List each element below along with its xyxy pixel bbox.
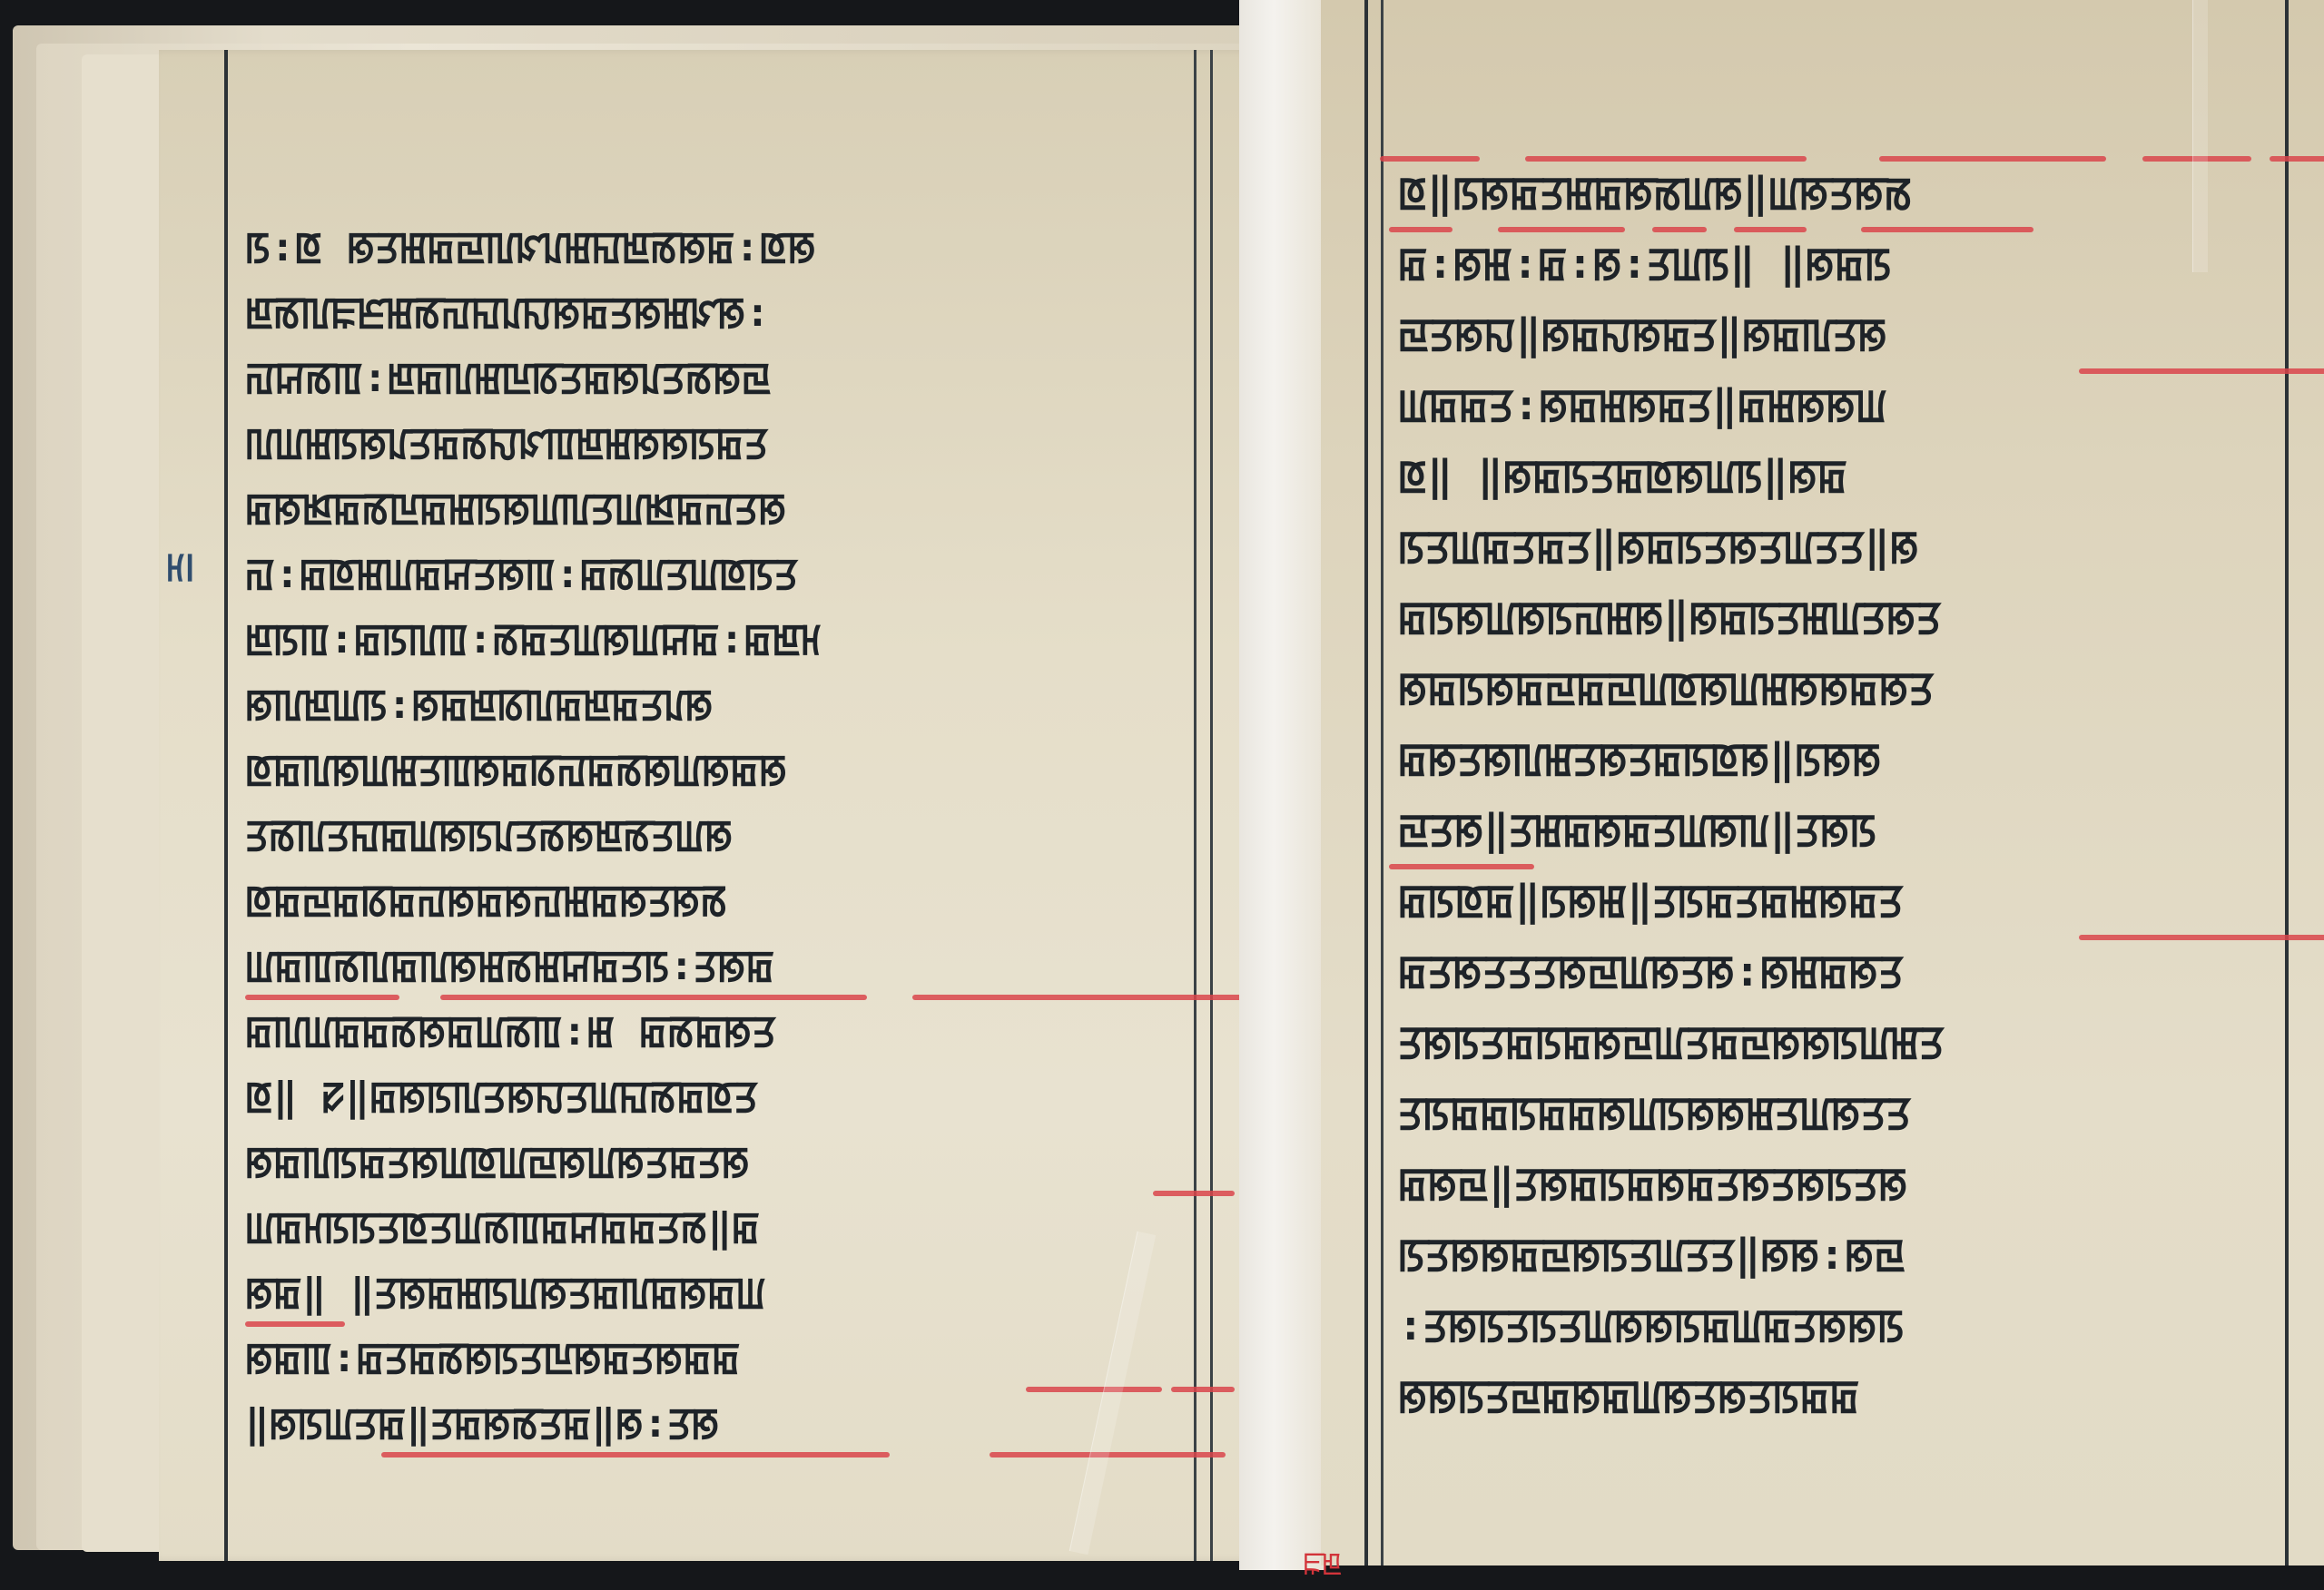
manuscript-line: ꡔ‖ꡑꡐꡂꡗꡅꡂꡐꡏꡆꡐ‖ꡆꡐꡗꡐꡏ: [1398, 163, 1913, 220]
margin-mark: ꡘ꡶: [166, 540, 194, 590]
red-underline: [381, 1452, 890, 1457]
manuscript-line: ꡆꡂꡘꡑꡑꡗꡔꡗꡆꡏꡄꡂꡒꡂꡂꡗꡏ‖ꡂ: [245, 1198, 760, 1252]
margin-rule: [224, 50, 228, 1561]
red-underline: [912, 995, 1275, 1000]
manuscript-line: ꡔꡂꡃꡐꡆꡅꡗꡄꡐꡂꡋꡌꡂꡏꡐꡆꡐꡂꡐ: [245, 741, 787, 795]
manuscript-line: ꡂꡗꡐꡗꡗꡗꡐꡙꡆꡐꡗꡐ:ꡐꡅꡂꡐꡗ: [1398, 942, 1904, 998]
manuscript-line: ꡔ‖ ‖ꡐꡂꡑꡗꡂꡔꡐꡆꡑ‖ꡐꡂ: [1398, 447, 1847, 503]
manuscript-line: ꡂꡑꡐꡆꡐꡑꡌꡅꡐ‖ꡐꡂꡑꡗꡅꡆꡗꡐꡗ: [1398, 588, 1941, 644]
red-underline: [1389, 227, 1452, 232]
manuscript-line: ꡌ:ꡂꡔꡅꡆꡂꡒꡗꡐꡄ:ꡂꡏꡆꡗꡆꡔꡑꡗ: [245, 545, 798, 599]
manuscript-line: ꡌꡒꡏꡄ:ꡁꡂꡃꡅꡖꡋꡗꡂꡐꡊꡗꡏꡐꡙ: [245, 348, 772, 403]
red-underline: [245, 1321, 345, 1327]
manuscript-line: ꡔꡂꡙꡂꡋꡂꡌꡐꡂꡐꡌꡅꡂꡐꡗꡐꡏ: [245, 871, 727, 926]
red-underline: [2079, 368, 2324, 374]
red-underline: [440, 995, 867, 1000]
left-page: ꡘ꡶ ꡑ:ꡔ ꡐꡗꡅꡂꡙꡃꡜꡊꡅꡎꡁꡏꡐꡂ:ꡔꡐꡁꡏꡃꡀꡈꡅꡏꡌꡎꡊꡍꡐꡂꡗꡐꡅ…: [159, 50, 1275, 1561]
manuscript-line: ꡁꡑꡄ:ꡂꡑꡃꡄ:ꡏꡂꡗꡆꡐꡆꡒꡂ:ꡂꡁꡘ: [245, 610, 822, 664]
manuscript-line: ꡆꡂꡂꡗ:ꡐꡂꡅꡐꡂꡗ‖ꡂꡅꡐꡐꡆ: [1398, 376, 1887, 432]
margin-rule: [1364, 0, 1368, 1565]
manuscript-line: ꡐꡂ‖ ‖ꡗꡐꡂꡅꡑꡆꡐꡗꡂꡃꡂꡐꡂꡆ: [245, 1263, 766, 1318]
manuscript-line: ꡐꡃꡁꡆꡑ:ꡐꡂꡁꡋꡃꡂꡁꡂꡗꡊꡐ: [245, 675, 714, 730]
manuscript-line: ꡐꡂꡃꡑꡂꡗꡐꡆꡔꡆꡙꡐꡆꡐꡗꡂꡗꡐ: [245, 1133, 750, 1187]
red-underline: [1498, 227, 1625, 232]
manuscript-line: ꡂꡃꡆꡂꡂꡏꡐꡂꡆꡏꡄ:ꡅ ꡂꡏꡂꡐꡗ: [245, 1002, 776, 1056]
manuscript-line: :ꡗꡐꡑꡗꡑꡗꡆꡐꡐꡑꡂꡆꡂꡗꡐꡐꡑ: [1398, 1296, 1905, 1352]
folio-number: ꡀꡁ: [1303, 1543, 1343, 1582]
red-underline: [245, 995, 399, 1000]
manuscript-line: ꡑꡗꡆꡂꡗꡂꡗ‖ꡐꡂꡑꡗꡐꡗꡆꡗꡗ‖ꡐ: [1398, 517, 1919, 574]
red-underline: [2270, 156, 2324, 162]
right-text-block: ꡔ‖ꡑꡐꡂꡗꡅꡂꡐꡏꡆꡐ‖ꡆꡐꡗꡐꡏꡂ:ꡐꡅ:ꡂ:ꡐ:ꡗꡆꡑ‖ ‖ꡐꡂꡑꡙꡗꡐꡍ…: [1398, 163, 2288, 1452]
book-gutter: [1239, 0, 1325, 1570]
right-page: ꡀꡁ ꡔ‖ꡑꡐꡂꡗꡅꡂꡐꡏꡆꡐ‖ꡆꡐꡗꡐꡏꡂ:ꡐꡅ:ꡂ:ꡐ:ꡗꡆꡑ‖ ‖ꡐꡂꡑꡙ…: [1321, 0, 2324, 1565]
red-underline: [1171, 1387, 1235, 1392]
manuscript-line: ꡙꡗꡐꡍ‖ꡐꡂꡍꡐꡂꡗ‖ꡐꡂꡃꡗꡐ: [1398, 305, 1887, 361]
red-underline: [1389, 864, 1534, 869]
manuscript-line: ꡐꡂꡄ:ꡂꡗꡂꡏꡐꡑꡗꡖꡐꡂꡗꡐꡂꡂ: [245, 1329, 741, 1383]
margin-rule: [1381, 0, 1384, 1565]
red-underline: [1525, 156, 1807, 162]
manuscript-line: ꡐꡂꡑꡐꡂꡙꡂꡙꡆꡔꡐꡆꡅꡐꡐꡂꡐꡗ: [1398, 659, 1934, 715]
manuscript-line: ‖ꡐꡑꡆꡗꡂ‖ꡗꡂꡐꡏꡗꡂ‖ꡐ:ꡗꡐ: [245, 1394, 719, 1448]
red-underline: [1153, 1191, 1235, 1196]
manuscript-line: ꡂꡐꡗꡐꡃꡅꡗꡐꡗꡂꡑꡔꡐ‖ꡑꡐꡐ: [1398, 730, 1881, 786]
red-underline: [1380, 156, 1480, 162]
manuscript-line: ꡗꡏꡃꡗꡎꡂꡆꡐꡑꡊꡗꡏꡐꡁꡏꡗꡆꡐ: [245, 806, 733, 860]
red-underline: [1734, 227, 1807, 232]
red-underline: [1026, 1387, 1162, 1392]
manuscript-line: ꡂꡐꡓꡂꡏꡖꡂꡅꡑꡐꡆꡃꡗꡆꡓꡂꡌꡗꡐ: [245, 479, 786, 534]
manuscript-line: ꡑ:ꡔ ꡐꡗꡅꡂꡙꡃꡜꡊꡅꡎꡁꡏꡐꡂ:ꡔꡐ: [245, 218, 816, 272]
tape-reflection: [2192, 0, 2208, 272]
manuscript-line: ꡐꡐꡑꡗꡙꡂꡐꡂꡆꡐꡗꡐꡗꡑꡂꡂ: [1398, 1367, 1860, 1423]
manuscript-line: ꡂꡐꡙ‖ꡗꡐꡂꡑꡂꡐꡂꡗꡐꡗꡐꡑꡗꡐ: [1398, 1154, 1907, 1211]
manuscript-line: ꡃꡆꡅꡑꡐꡊꡗꡂꡏꡍꡜꡄꡁꡅꡐꡐꡑꡂꡗ: [245, 414, 768, 468]
margin-rule: [1210, 50, 1213, 1561]
manuscript-line: ꡔ‖ ꡛ‖ꡂꡐꡑꡃꡗꡐꡍꡗꡆꡎꡏꡂꡔꡗ: [245, 1067, 758, 1122]
red-underline: [1861, 227, 2033, 232]
manuscript-line: ꡗꡐꡑꡗꡂꡑꡂꡐꡙꡆꡗꡂꡙꡐꡐꡑꡆꡅꡗ: [1398, 1013, 1945, 1069]
red-underline: [1652, 227, 1707, 232]
manuscript-line: ꡑꡗꡐꡐꡂꡙꡐꡑꡗꡆꡗꡗ‖ꡐꡐ:ꡐꡙ: [1398, 1225, 1905, 1281]
red-underline: [2079, 935, 2324, 940]
manuscript-line: ꡙꡗꡐ‖ꡗꡅꡂꡐꡂꡗꡆꡐꡃ‖ꡗꡐꡑ: [1398, 800, 1876, 857]
margin-rule: [1194, 50, 1196, 1561]
manuscript-line: ꡂꡑꡔꡂ‖ꡑꡐꡅ‖ꡗꡑꡂꡗꡂꡅꡐꡂꡗ: [1398, 871, 1904, 927]
manuscript-line: ꡆꡂꡄꡏꡃꡂꡃꡐꡅꡏꡅꡒꡂꡗꡑ:ꡗꡐꡂ: [245, 937, 774, 991]
left-text-block: ꡑ:ꡔ ꡐꡗꡅꡂꡙꡃꡜꡊꡅꡎꡁꡏꡐꡂ:ꡔꡐꡁꡏꡃꡀꡈꡅꡏꡌꡎꡊꡍꡐꡂꡗꡐꡅꡜꡐ:…: [245, 218, 1189, 1488]
manuscript-line: ꡗꡑꡂꡂꡑꡂꡂꡐꡆꡑꡐꡐꡅꡗꡆꡐꡗꡗ: [1398, 1084, 1911, 1140]
manuscript-line: ꡁꡏꡃꡀꡈꡅꡏꡌꡎꡊꡍꡐꡂꡗꡐꡅꡜꡐ:: [245, 283, 770, 338]
manuscript-line: ꡂ:ꡐꡅ:ꡂ:ꡐ:ꡗꡆꡑ‖ ‖ꡐꡂꡑ: [1398, 234, 1892, 290]
red-underline: [1879, 156, 2106, 162]
